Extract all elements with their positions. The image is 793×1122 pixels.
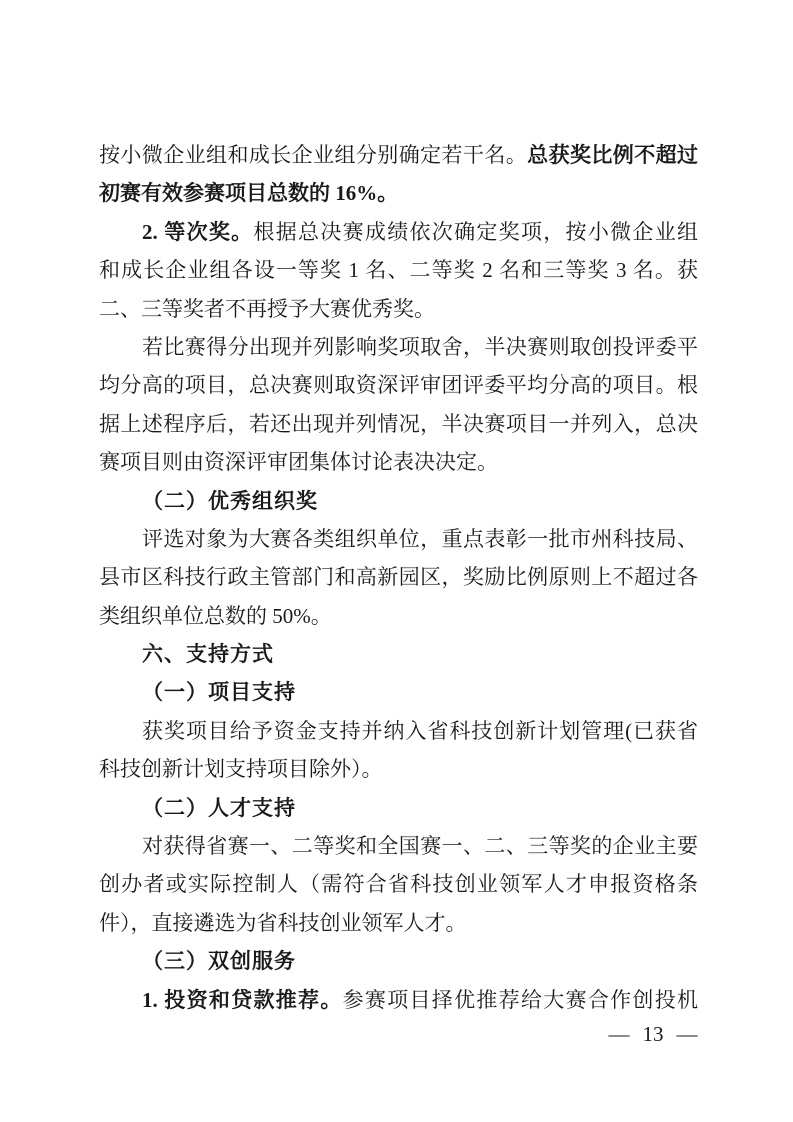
text-segment: 初赛有效参赛项目总数的 16%。 [99, 181, 398, 205]
text-segment: 按小微企业组和成长企业组分别确定若干名。 [99, 143, 527, 167]
text-segment: 参赛项目择优推荐给大赛合作创投机 [343, 988, 698, 1012]
text-line: 和成长企业组各设一等奖 1 名、二等奖 2 名和三等奖 3 名。获一、 [99, 251, 698, 289]
text-segment: 2. 等次奖。 [142, 220, 253, 244]
text-line: 六、支持方式 [99, 635, 698, 673]
text-segment: 和成长企业组各设一等奖 1 名、二等奖 2 名和三等奖 3 名。获一、 [99, 258, 698, 289]
text-line: 赛项目则由资深评审团集体讨论表决决定。 [99, 443, 698, 481]
text-segment: （三）双创服务 [142, 949, 296, 973]
text-segment: 件），直接遴选为省科技创业领军人才。 [99, 911, 467, 935]
page-number-dash-right: — [677, 1022, 698, 1047]
text-segment: 六、支持方式 [142, 643, 274, 666]
text-line: （一）项目支持 [99, 673, 698, 711]
text-segment: 1. 投资和贷款推荐。 [142, 988, 343, 1012]
text-line: 创办者或实际控制人（需符合省科技创业领军人才申报资格条 [99, 865, 698, 903]
text-line: 获奖项目给予资金支持并纳入省科技创新计划管理(已获省 [99, 712, 698, 750]
document-body: 按小微企业组和成长企业组分别确定若干名。总获奖比例不超过初赛有效参赛项目总数的 … [99, 136, 698, 1019]
text-line: 科技创新计划支持项目除外）。 [99, 750, 698, 788]
text-segment: 据上述程序后，若还出现并列情况，半决赛项目一并列入，总决 [99, 412, 698, 436]
text-segment: 均分高的项目，总决赛则取资深评审团评委平均分高的项目。根 [99, 373, 698, 397]
text-segment: （一）项目支持 [142, 680, 296, 704]
text-line: 初赛有效参赛项目总数的 16%。 [99, 174, 698, 212]
text-segment: （二）优秀组织奖 [142, 489, 318, 513]
text-segment: 获奖项目给予资金支持并纳入省科技创新计划管理(已获省 [142, 719, 698, 743]
text-segment: 对获得省赛一、二等奖和全国赛一、二、三等奖的企业主要 [142, 834, 698, 858]
text-segment: 县市区科技行政主管部门和高新园区，奖励比例原则上不超过各 [99, 565, 698, 589]
page-number-dash-left: — [609, 1022, 630, 1047]
text-segment: 总获奖比例不超过 [527, 143, 698, 167]
text-segment: 类组织单位总数的 50%。 [99, 604, 332, 628]
text-line: 件），直接遴选为省科技创业领军人才。 [99, 904, 698, 942]
text-line: （二）优秀组织奖 [99, 482, 698, 520]
text-segment: 评选对象为大赛各类组织单位，重点表彰一批市州科技局、 [142, 527, 698, 551]
text-segment: 二、三等奖者不再授予大赛优秀奖。 [99, 297, 435, 321]
text-line: （三）双创服务 [99, 942, 698, 980]
text-line: 2. 等次奖。根据总决赛成绩依次确定奖项，按小微企业组 [99, 213, 698, 251]
text-segment: 科技创新计划支持项目除外）。 [99, 757, 383, 781]
text-line: 据上述程序后，若还出现并列情况，半决赛项目一并列入，总决 [99, 405, 698, 443]
text-segment: 若比赛得分出现并列影响奖项取舍，半决赛则取创投评委平 [142, 335, 698, 359]
document-page: 按小微企业组和成长企业组分别确定若干名。总获奖比例不超过初赛有效参赛项目总数的 … [0, 0, 793, 1122]
text-line: 二、三等奖者不再授予大赛优秀奖。 [99, 290, 698, 328]
text-segment: 赛项目则由资深评审团集体讨论表决决定。 [99, 450, 498, 474]
page-number-value: 13 [643, 1022, 664, 1047]
text-segment: 根据总决赛成绩依次确定奖项，按小微企业组 [253, 220, 698, 244]
text-line: 按小微企业组和成长企业组分别确定若干名。总获奖比例不超过 [99, 136, 698, 174]
text-line: 评选对象为大赛各类组织单位，重点表彰一批市州科技局、 [99, 520, 698, 558]
text-line: 1. 投资和贷款推荐。参赛项目择优推荐给大赛合作创投机 [99, 981, 698, 1019]
text-line: 均分高的项目，总决赛则取资深评审团评委平均分高的项目。根 [99, 366, 698, 404]
text-segment: （二）人才支持 [142, 796, 296, 820]
text-line: （二）人才支持 [99, 789, 698, 827]
text-line: 县市区科技行政主管部门和高新园区，奖励比例原则上不超过各 [99, 558, 698, 596]
text-line: 若比赛得分出现并列影响奖项取舍，半决赛则取创投评委平 [99, 328, 698, 366]
text-line: 对获得省赛一、二等奖和全国赛一、二、三等奖的企业主要 [99, 827, 698, 865]
text-segment: 创办者或实际控制人（需符合省科技创业领军人才申报资格条 [99, 872, 698, 896]
page-number: — 13 — [593, 1022, 713, 1047]
text-line: 类组织单位总数的 50%。 [99, 597, 698, 635]
